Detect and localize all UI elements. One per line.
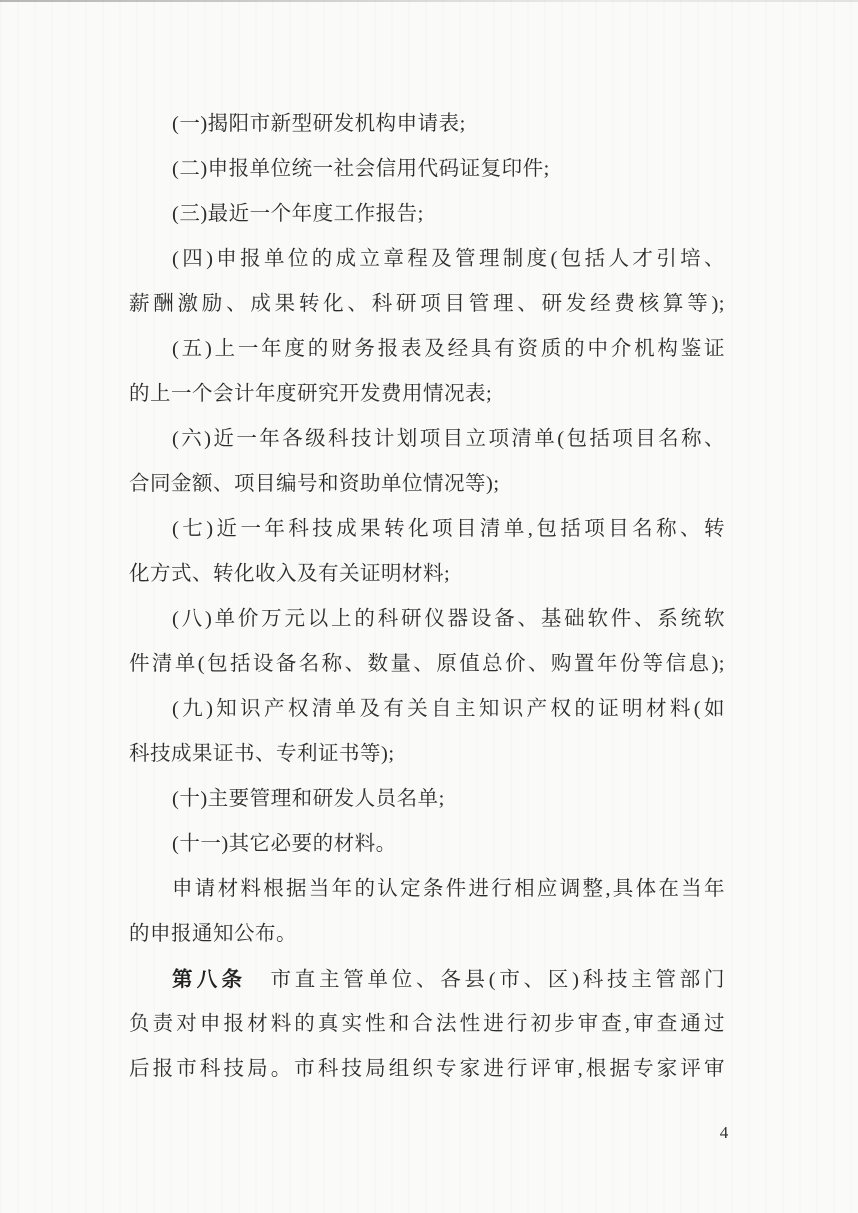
- text-segment: (十一)其它必要的材料。: [172, 833, 397, 855]
- text-line: 薪酬激励、成果转化、科研项目管理、研发经费核算等);: [129, 282, 725, 327]
- text-line: 第八条 市直主管单位、各县(市、区)科技主管部门: [129, 957, 725, 1002]
- text-line: (十一)其它必要的材料。: [129, 822, 725, 867]
- scan-edge-artifact: [0, 0, 858, 2]
- text-line: (八)单价万元以上的科研仪器设备、基础软件、系统软: [129, 597, 725, 642]
- text-line: 后报市科技局。市科技局组织专家进行评审,根据专家评审: [129, 1047, 725, 1092]
- text-segment: (七)近一年科技成果转化项目清单,包括项目名称、转: [172, 518, 725, 540]
- text-line: 件清单(包括设备名称、数量、原值总价、购置年份等信息);: [129, 642, 725, 687]
- text-segment: 薪酬激励、成果转化、科研项目管理、研发经费核算等);: [129, 293, 725, 315]
- text-line: 的申报通知公布。: [129, 912, 725, 957]
- text-line: (二)申报单位统一社会信用代码证复印件;: [129, 147, 725, 192]
- text-segment: 合同金额、项目编号和资助单位情况等);: [129, 473, 500, 495]
- article-number-bold: 第八条: [172, 968, 246, 991]
- text-segment: 负责对申报材料的真实性和合法性进行初步审查,审查通过: [129, 1013, 725, 1035]
- text-segment: (一)揭阳市新型研发机构申请表;: [172, 113, 466, 135]
- text-segment: (十)主要管理和研发人员名单;: [172, 788, 445, 810]
- text-line: 申请材料根据当年的认定条件进行相应调整,具体在当年: [129, 867, 725, 912]
- text-segment: (四)申报单位的成立章程及管理制度(包括人才引培、: [172, 248, 725, 270]
- text-segment: (三)最近一个年度工作报告;: [172, 203, 424, 225]
- text-line: 化方式、转化收入及有关证明材料;: [129, 552, 725, 597]
- text-line: (十)主要管理和研发人员名单;: [129, 777, 725, 822]
- text-line: 的上一个会计年度研究开发费用情况表;: [129, 372, 725, 417]
- text-segment: (二)申报单位统一社会信用代码证复印件;: [172, 158, 550, 180]
- text-segment: 科技成果证书、专利证书等);: [129, 743, 395, 765]
- text-segment: 化方式、转化收入及有关证明材料;: [129, 563, 450, 585]
- text-segment: 件清单(包括设备名称、数量、原值总价、购置年份等信息);: [129, 653, 725, 675]
- text-line: (七)近一年科技成果转化项目清单,包括项目名称、转: [129, 507, 725, 552]
- text-segment: 的上一个会计年度研究开发费用情况表;: [129, 383, 492, 405]
- text-line: (六)近一年各级科技计划项目立项清单(包括项目名称、: [129, 417, 725, 462]
- text-line: 合同金额、项目编号和资助单位情况等);: [129, 462, 725, 507]
- text-segment: 申请材料根据当年的认定条件进行相应调整,具体在当年: [172, 878, 725, 900]
- document-body: (一)揭阳市新型研发机构申请表;(二)申报单位统一社会信用代码证复印件;(三)最…: [129, 102, 725, 1092]
- text-line: 负责对申报材料的真实性和合法性进行初步审查,审查通过: [129, 1002, 725, 1047]
- text-segment: (六)近一年各级科技计划项目立项清单(包括项目名称、: [172, 428, 725, 450]
- text-line: (五)上一年度的财务报表及经具有资质的中介机构鉴证: [129, 327, 725, 372]
- text-segment: (九)知识产权清单及有关自主知识产权的证明材料(如: [172, 698, 725, 720]
- page-number: 4: [716, 1120, 732, 1146]
- text-line: (四)申报单位的成立章程及管理制度(包括人才引培、: [129, 237, 725, 282]
- text-segment: 的申报通知公布。: [129, 923, 297, 945]
- text-line: (一)揭阳市新型研发机构申请表;: [129, 102, 725, 147]
- text-line: 科技成果证书、专利证书等);: [129, 732, 725, 777]
- text-line: (三)最近一个年度工作报告;: [129, 192, 725, 237]
- document-page: (一)揭阳市新型研发机构申请表;(二)申报单位统一社会信用代码证复印件;(三)最…: [0, 0, 858, 1213]
- text-segment: (八)单价万元以上的科研仪器设备、基础软件、系统软: [172, 608, 725, 630]
- text-segment: 后报市科技局。市科技局组织专家进行评审,根据专家评审: [129, 1058, 725, 1080]
- text-segment: (五)上一年度的财务报表及经具有资质的中介机构鉴证: [172, 338, 725, 360]
- text-segment: 市直主管单位、各县(市、区)科技主管部门: [246, 969, 725, 991]
- text-line: (九)知识产权清单及有关自主知识产权的证明材料(如: [129, 687, 725, 732]
